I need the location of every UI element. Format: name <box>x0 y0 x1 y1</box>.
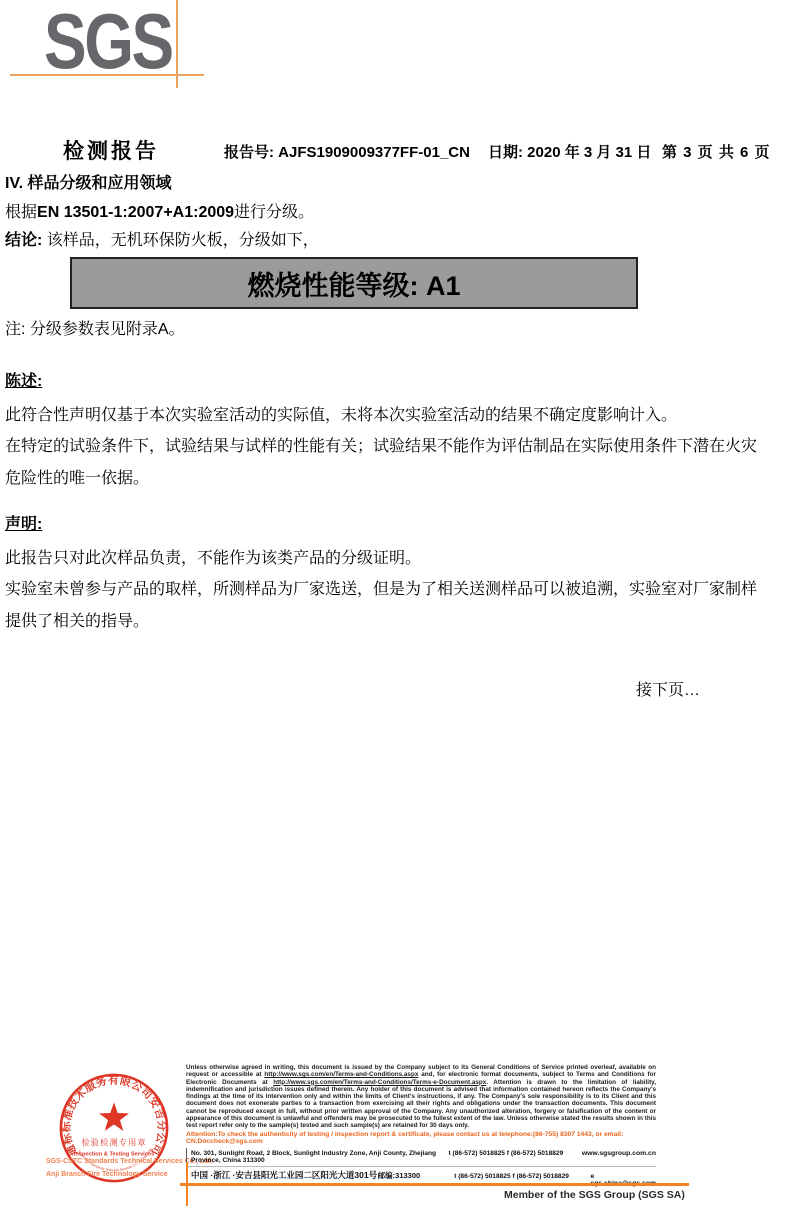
address-row-en: No. 301, Sunlight Road, 2 Block, Sunligh… <box>187 1148 656 1167</box>
footer-vertical-rule <box>186 1162 188 1206</box>
fire-classification-box: 燃烧性能等级: A1 <box>70 257 638 309</box>
footer-block: Unless otherwise agreed in writing, this… <box>186 1064 656 1189</box>
conclusion-line: 结论: 该样品，无机环保防火板，分级如下， <box>5 227 319 250</box>
logo-horizontal-rule <box>10 74 204 76</box>
disclaimer-part-3: . Attention is drawn to the limitation o… <box>186 1079 656 1130</box>
continued-next-page: 接下页… <box>0 677 700 700</box>
inspection-stamp-seal: 通标标准技术服务有限公司安吉分公司 检验检测专用章 Inspection & T… <box>55 1069 173 1187</box>
basis-prefix: 根据 <box>5 204 37 221</box>
declaration-paragraph-1: 此报告只对此次样品负责，不能作为该类产品的分级证明。 <box>5 543 775 575</box>
address-cn: 中国 ·浙江 ·安吉县阳光工业园二区阳光大道301号 <box>191 1169 378 1181</box>
conclusion-text: 该样品，无机环保防火板，分级如下， <box>47 232 319 249</box>
website-url: www.sgsgroup.com.cn <box>582 1150 656 1157</box>
report-date: 日期: 2020 年 3 月 31 日 <box>488 141 651 162</box>
section-heading: IV. 样品分级和应用领域 <box>5 170 172 193</box>
page-indicator: 第 3 页 共 6 页 <box>662 141 771 162</box>
sgs-logo: SGS <box>44 8 172 74</box>
stamp-center-line1: 检验检测专用章 <box>81 1138 146 1148</box>
sgs-group-membership: Member of the SGS Group (SGS SA) <box>504 1189 685 1201</box>
basis-suffix: 进行分级。 <box>234 204 314 221</box>
statement-paragraph-2: 在特定的试验条件下，试验结果与试样的性能有关；试验结果不能作为评估制品在实际使用… <box>5 431 765 495</box>
logo-vertical-rule <box>176 0 178 88</box>
fire-classification-value: 燃烧性能等级: A1 <box>247 264 460 303</box>
report-number-label: 报告号: <box>224 144 274 161</box>
star-icon <box>99 1102 129 1130</box>
postal-code: 邮编:313300 <box>378 1170 455 1181</box>
annex-note: 注: 分级参数表见附录A。 <box>5 316 185 339</box>
classification-basis: 根据EN 13501-1:2007+A1:2009进行分级。 <box>5 199 314 222</box>
report-number: 报告号: AJFS1909009377FF-01_CN <box>224 141 470 162</box>
report-date-label: 日期: <box>488 144 523 161</box>
address-en: No. 301, Sunlight Road, 2 Block, Sunligh… <box>191 1150 449 1164</box>
phone-fax-en: t (86-572) 5018825 f (86-572) 5018829 <box>449 1150 582 1157</box>
declaration-heading: 声明: <box>5 511 42 534</box>
terms-disclaimer: Unless otherwise agreed in writing, this… <box>186 1064 656 1130</box>
conclusion-label: 结论: <box>5 232 42 249</box>
page-title: 检测报告 <box>63 135 159 165</box>
phone-fax-cn: t (86-572) 5018825 f (86-572) 5018829 <box>454 1173 590 1180</box>
footer-horizontal-rule <box>180 1183 689 1186</box>
report-date-value: 2020 年 3 月 31 日 <box>527 144 651 161</box>
stamp-center-line2: Inspection & Testing Services <box>74 1152 155 1158</box>
stamp-caption-branch: Anji Branch Fire Technology Service <box>46 1171 168 1178</box>
report-number-value: AJFS1909009377FF-01_CN <box>278 144 470 161</box>
statement-paragraph-1: 此符合性声明仅基于本次实验室活动的实际值，未将本次实验室活动的结果不确定度影响计… <box>5 400 775 432</box>
report-page: SGS 检测报告 报告号: AJFS1909009377FF-01_CN 日期:… <box>0 0 800 1232</box>
basis-standard: EN 13501-1:2007+A1:2009 <box>37 204 234 221</box>
terms-e-document-url: http://www.sgs.com/en/Terms-and-Conditio… <box>273 1079 486 1086</box>
statement-heading: 陈述: <box>5 368 42 391</box>
declaration-paragraph-2: 实验室未曾参与产品的取样，所测样品为厂家选送，但是为了相关送测样品可以被追溯，实… <box>5 574 765 638</box>
terms-url: http://www.sgs.com/en/Terms-and-Conditio… <box>264 1071 418 1078</box>
authenticity-attention-note: Attention:To check the authenticity of t… <box>186 1131 656 1146</box>
